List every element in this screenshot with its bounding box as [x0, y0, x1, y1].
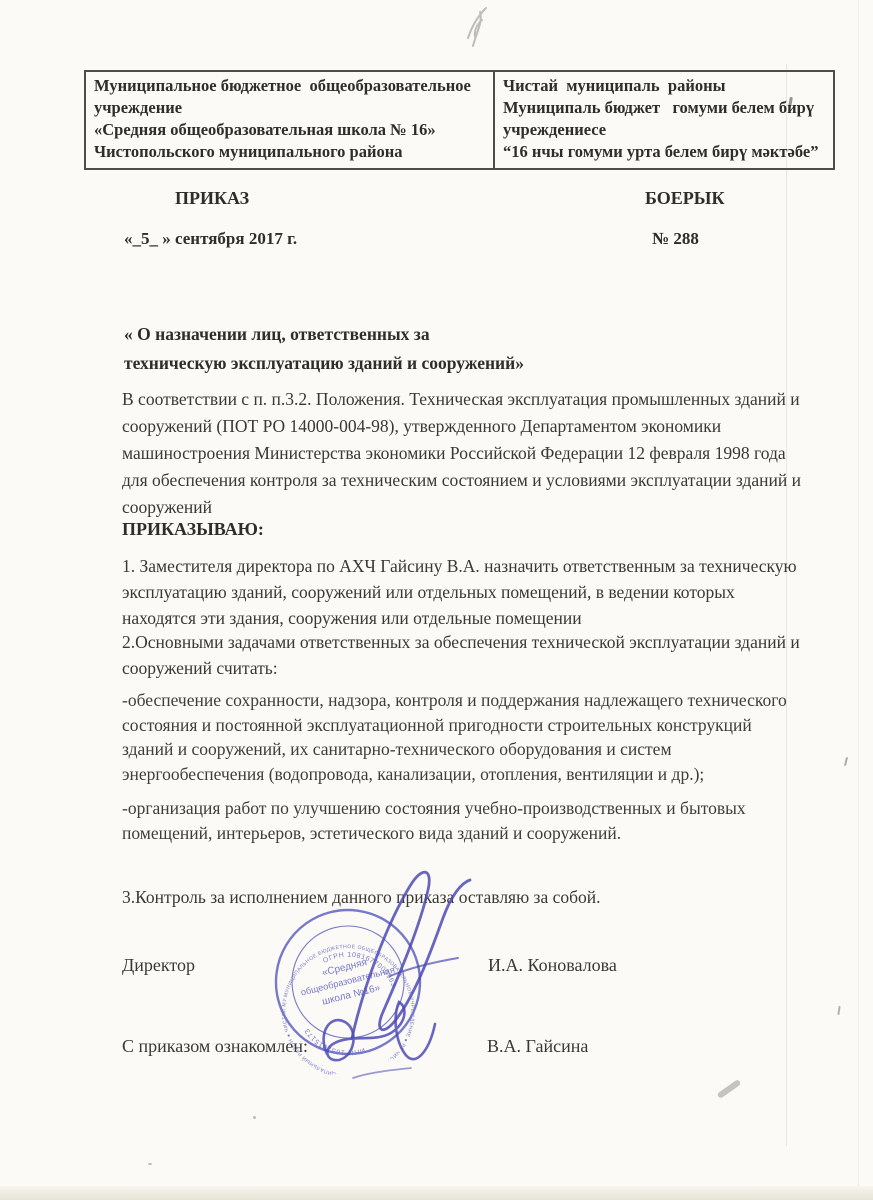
task1-line: -обеспечение сохранности, надзора, контр… [122, 688, 787, 713]
order-subject: « О назначении лиц, ответственных за тех… [124, 320, 524, 378]
preamble-line: сооружений (ПОТ РО 14000-004-98), утверж… [122, 413, 801, 440]
order-task-2: -организация работ по улучшению состояни… [122, 796, 746, 845]
letterhead-tat-line: Чистай муниципаль районы [503, 75, 826, 97]
item1-line: эксплуатацию зданий, сооружений или отде… [122, 579, 797, 605]
resolution-heading: ПРИКАЗЫВАЮ: [122, 519, 264, 540]
letterhead-tat-line: учреждениесе [503, 119, 826, 141]
director-label: Директор [122, 955, 195, 976]
letterhead-table: Муниципальное бюджетное общеобразователь… [84, 70, 835, 170]
scan-mark-tick [837, 1006, 840, 1015]
order-title-ru: ПРИКАЗ [175, 188, 249, 209]
scan-smudge-bottom-right [717, 1079, 742, 1099]
task2-line: помещений, интерьеров, эстетического вид… [122, 821, 746, 846]
director-name: И.А. Коновалова [488, 955, 617, 976]
acknowledgement-name: В.А. Гайсина [487, 1036, 588, 1057]
letterhead-russian: Муниципальное бюджетное общеобразователь… [86, 72, 495, 168]
letterhead-ru-line: «Средняя общеобразовательная школа № 16» [94, 119, 486, 141]
letterhead-ru-line: Муниципальное бюджетное общеобразователь… [94, 75, 486, 97]
order-item-2: 2.Основными задачами ответственных за об… [122, 629, 800, 681]
order-preamble: В соответствии с п. п.3.2. Положения. Те… [122, 386, 801, 521]
order-item-1: 1. Заместителя директора по АХЧ Гайсину … [122, 553, 797, 631]
scan-smudge-top [452, 4, 500, 54]
acknowledgement-label: С приказом ознакомлен: [122, 1036, 308, 1057]
preamble-line: В соответствии с п. п.3.2. Положения. Те… [122, 386, 801, 413]
scan-edge-line [858, 0, 859, 1200]
item2-line: 2.Основными задачами ответственных за об… [122, 629, 800, 655]
item1-line: 1. Заместителя директора по АХЧ Гайсину … [122, 553, 797, 579]
scan-speck-2 [148, 1163, 152, 1165]
scan-speck-1 [253, 1116, 256, 1119]
item2-line: сооружений считать: [122, 655, 800, 681]
letterhead-ru-line: Чистопольского муниципального района [94, 141, 486, 163]
preamble-line: машиностроения Министерства экономики Ро… [122, 440, 801, 467]
item1-line: находятся эти здания, сооружения или отд… [122, 605, 797, 631]
letterhead-ru-line: учреждение [94, 97, 486, 119]
task2-line: -организация работ по улучшению состояни… [122, 796, 746, 821]
order-date: «_5_ » сентября 2017 г. [124, 229, 297, 249]
task1-line: зданий и сооружений, их санитарно-технич… [122, 737, 787, 762]
letterhead-tatar: Чистай муниципаль районы Муниципаль бюдж… [495, 72, 833, 168]
order-task-1: -обеспечение сохранности, надзора, контр… [122, 688, 787, 786]
scan-mark-comma [844, 757, 848, 766]
preamble-line: сооружений [122, 494, 801, 521]
subject-line: « О назначении лиц, ответственных за [124, 320, 524, 349]
order-title-tat: БОЕРЫК [645, 188, 725, 209]
stamp-inn-text: ИНН 1652015173 [303, 1015, 366, 1066]
scanned-order-document: { "document": { "header_table": { "left_… [0, 0, 873, 1200]
task1-line: состояния и постоянной эксплуатационной … [122, 713, 787, 738]
subject-line: техническую эксплуатацию зданий и сооруж… [124, 349, 524, 378]
scan-bottom-edge [0, 1186, 873, 1200]
order-number: № 288 [652, 229, 699, 249]
letterhead-tat-line: “16 нчы гомуми урта белем бирү мәктәбе” [503, 141, 826, 163]
letterhead-tat-line: Муниципаль бюджет гомуми белем бирү [503, 97, 826, 119]
preamble-line: для обеспечения контроля за техническим … [122, 467, 801, 494]
task1-line: энергообеспечения (водопровода, канализа… [122, 762, 787, 787]
